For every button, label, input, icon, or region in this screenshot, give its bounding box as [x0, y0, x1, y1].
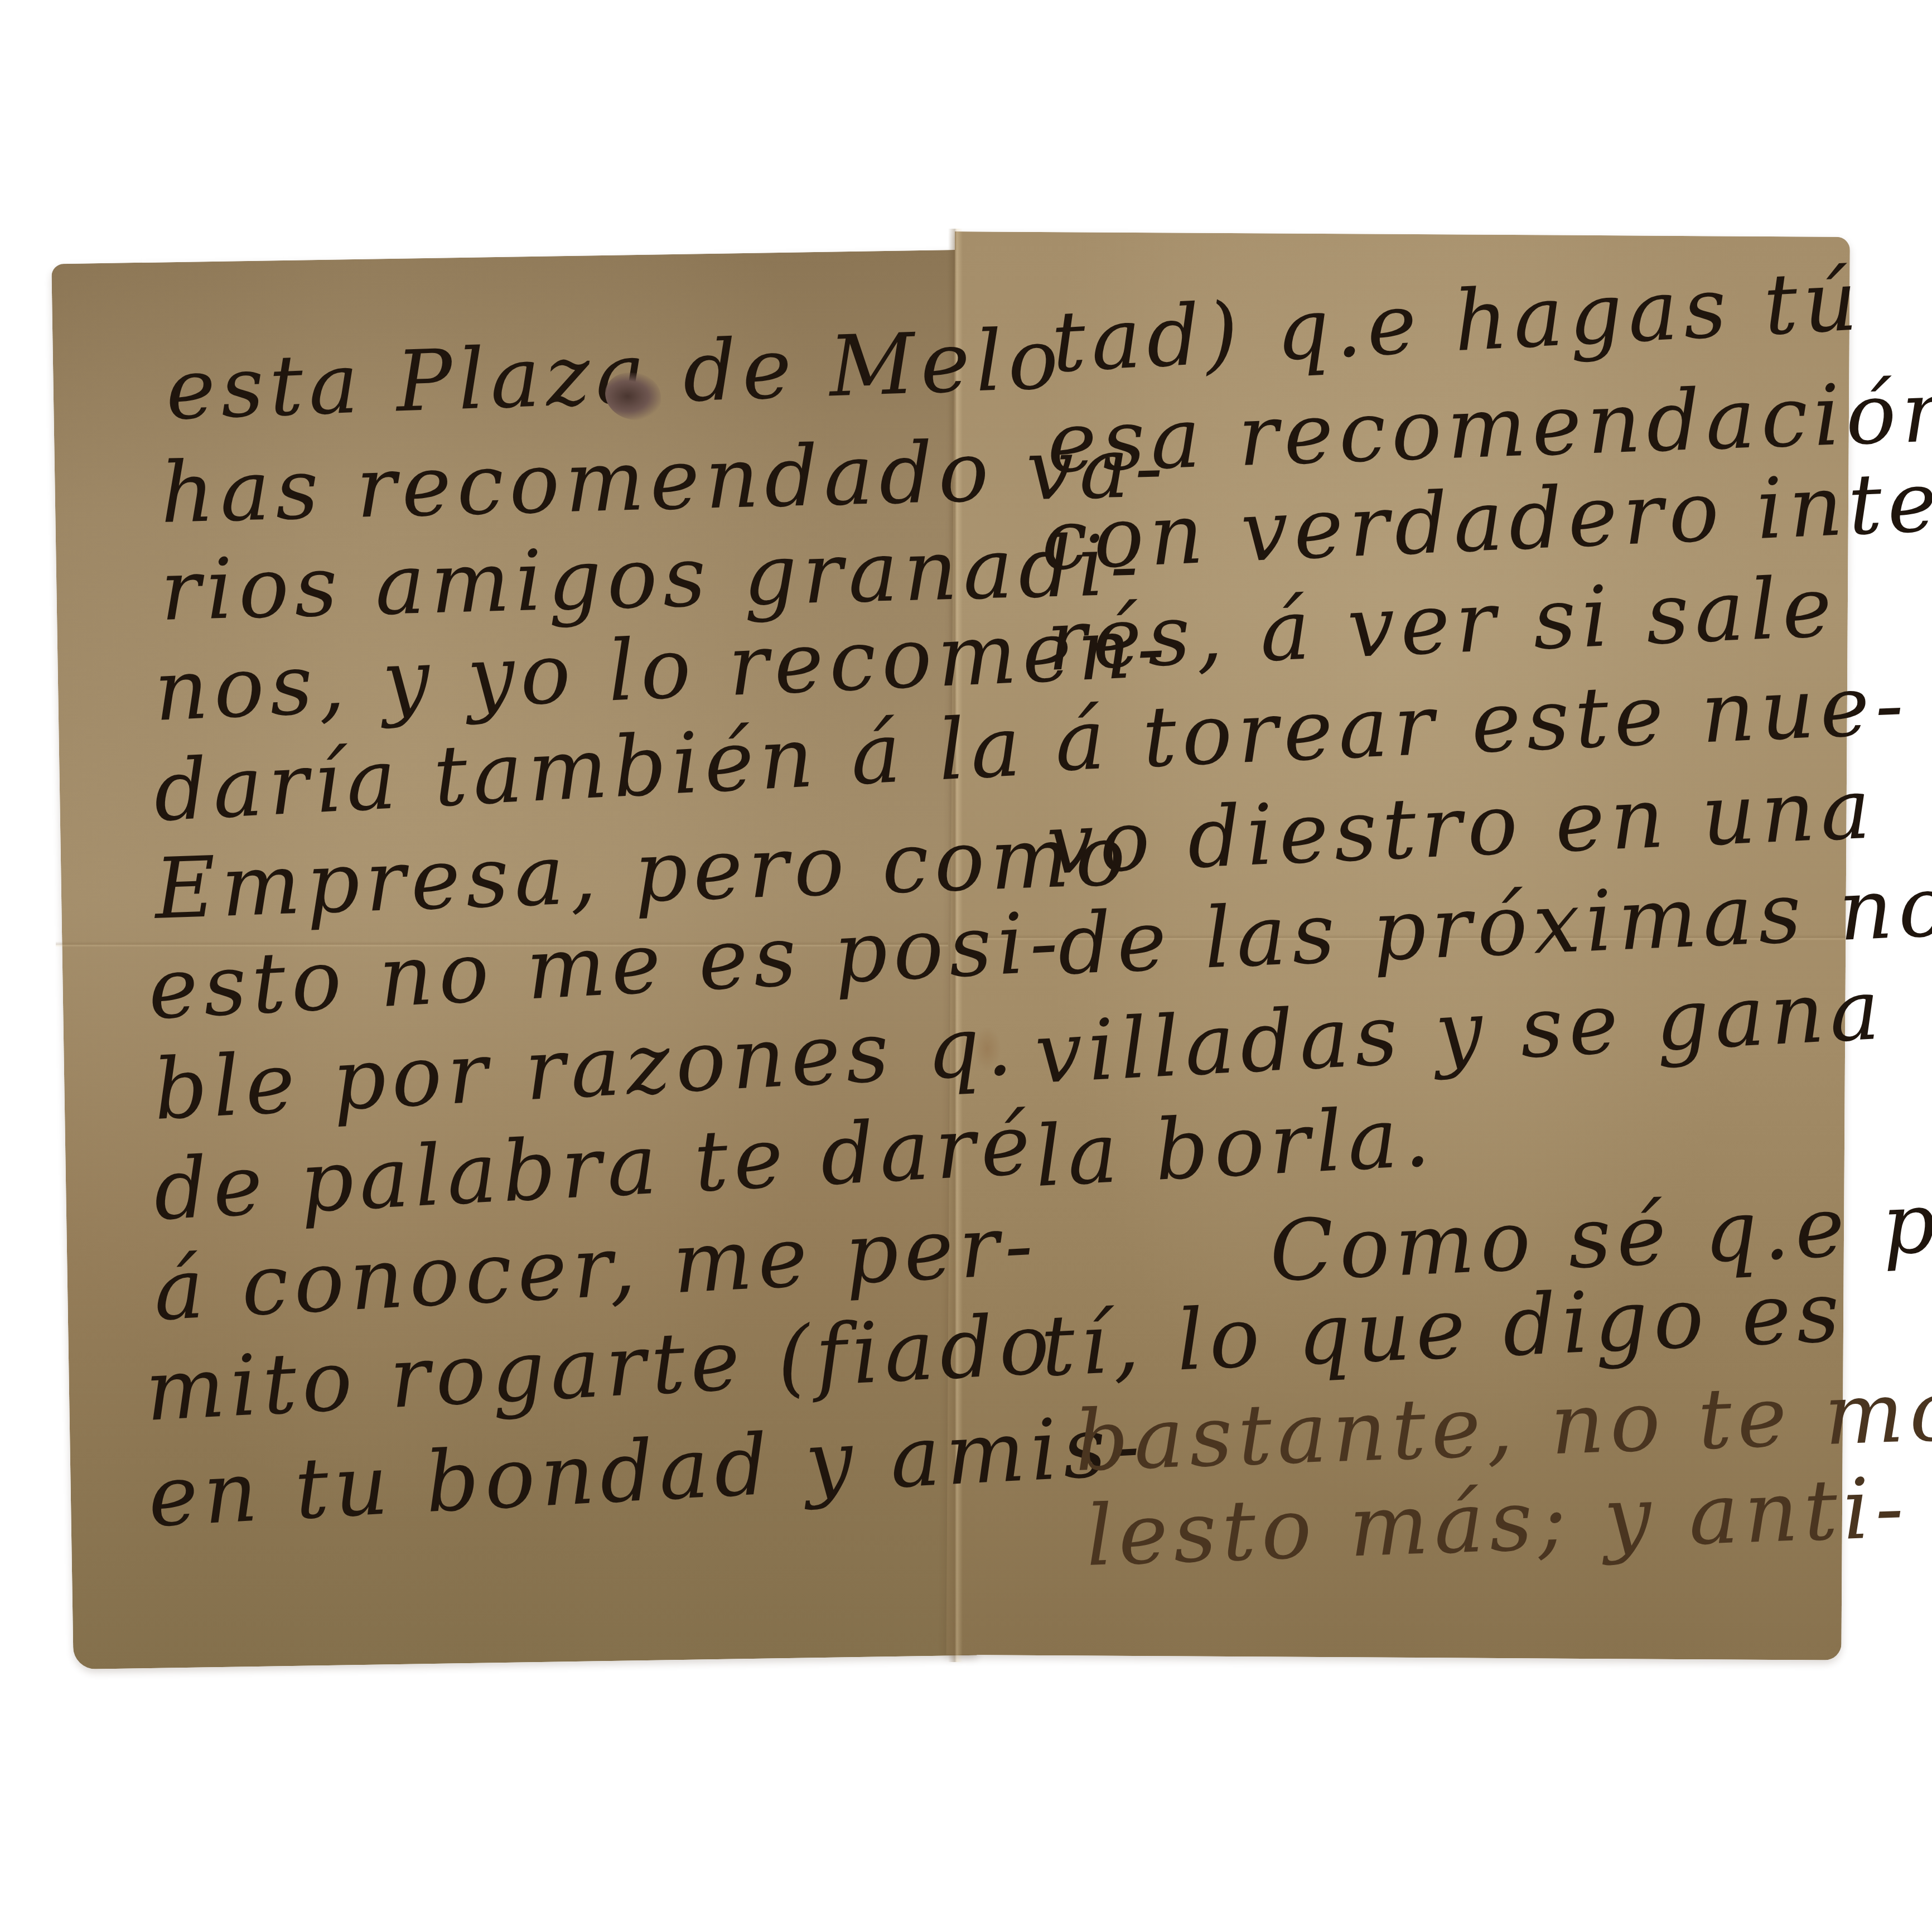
letter-photo: esta Plaza de Melo has recomendado va- r… — [0, 0, 1932, 1932]
left-line-2: has recomendado va- — [160, 426, 1170, 535]
faint-stain — [973, 1026, 1001, 1071]
right-line-9: la borla. — [1033, 1095, 1437, 1199]
